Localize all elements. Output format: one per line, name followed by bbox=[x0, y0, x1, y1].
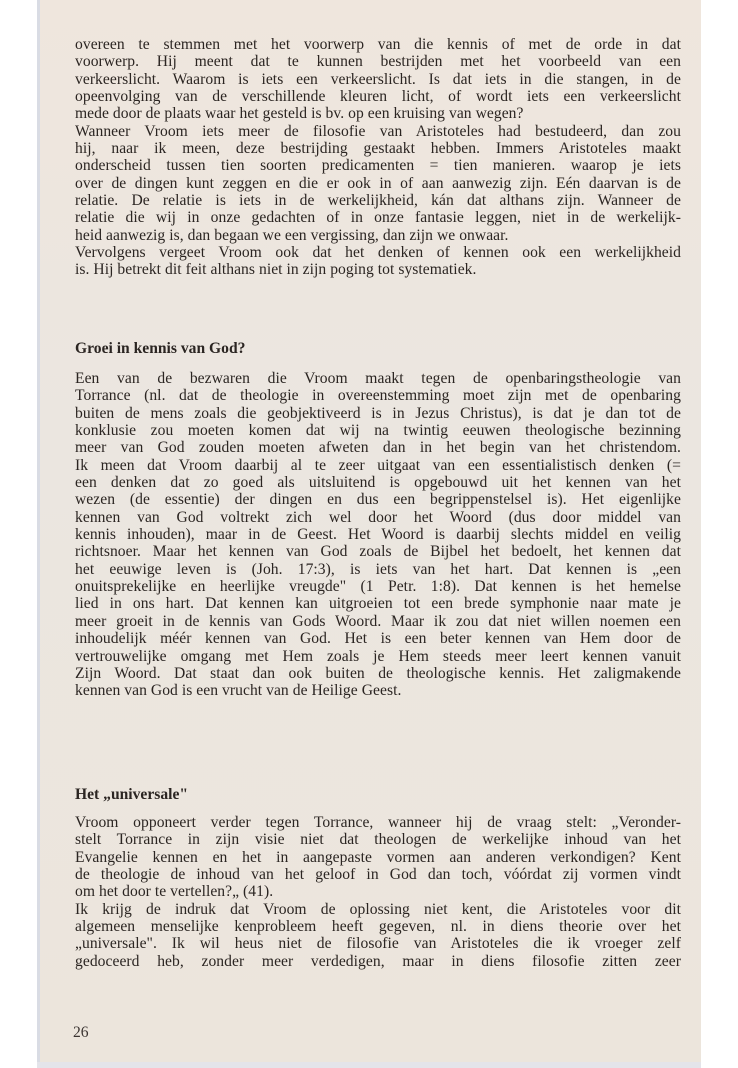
text-line: de theologie de inhoud van het geloof in… bbox=[75, 866, 681, 883]
text-line: kennen van God is een vrucht van de Heil… bbox=[75, 682, 681, 699]
text-line: verkeerslicht. Waarom is iets een verkee… bbox=[75, 71, 681, 88]
text-line: heid aanwezig is, dan begaan we een verg… bbox=[75, 227, 681, 244]
page-number: 26 bbox=[73, 1024, 89, 1042]
text-line: voorwerp. Hij meent dat te kunnen bestri… bbox=[75, 53, 681, 70]
text-line: inhoudelijk méér kennen van God. Het is … bbox=[75, 630, 681, 647]
text-line: mede door de plaats waar het gesteld is … bbox=[75, 105, 681, 122]
text-line: Wanneer Vroom iets meer de filosofie van… bbox=[75, 123, 681, 140]
text-line: Vervolgens vergeet Vroom ook dat het den… bbox=[75, 244, 681, 261]
text-line: gedoceerd heb, zonder meer verdedigen, m… bbox=[75, 953, 681, 970]
text-line: Evangelie kennen en het in aangepaste vo… bbox=[75, 849, 681, 866]
text-line: het eeuwige leven is (Joh. 17:3), is iet… bbox=[75, 561, 681, 578]
text-line: richtsnoer. Maar het kennen van God zoal… bbox=[75, 543, 681, 560]
section-heading-groei: Groei in kennis van God? bbox=[75, 340, 245, 358]
text-line: vertrouwelijke omgang met Hem zoals je H… bbox=[75, 648, 681, 665]
text-line: lied in ons hart. Dat kennen kan uitgroe… bbox=[75, 595, 681, 612]
text-line: relatie die wij in onze gedachten of in … bbox=[75, 209, 681, 226]
text-line: een denken dat zo goed als uitsluitend i… bbox=[75, 474, 681, 491]
text-line: opeenvolging van de verschillende kleure… bbox=[75, 88, 681, 105]
text-line: Ik meen dat Vroom daarbij al te zeer uit… bbox=[75, 457, 681, 474]
paragraph-block-universale: Vroom opponeert verder tegen Torrance, w… bbox=[75, 814, 681, 970]
text-line: konklusie zou moeten komen dat wij na tw… bbox=[75, 422, 681, 439]
text-line: buiten de mens zoals die geobjektiveerd … bbox=[75, 405, 681, 422]
text-line: algemeen menselijke kenprobleem heeft ge… bbox=[75, 918, 681, 935]
text-line: overeen te stemmen met het voorwerp van … bbox=[75, 36, 681, 53]
text-line: kennis inhouden), maar in de Geest. Het … bbox=[75, 526, 681, 543]
text-line: meer van God zouden moeten afweten dan i… bbox=[75, 439, 681, 456]
text-line: over de dingen kunt zeggen en die er ook… bbox=[75, 175, 681, 192]
text-line: stelt Torrance in zijn visie niet dat th… bbox=[75, 831, 681, 848]
text-line: Vroom opponeert verder tegen Torrance, w… bbox=[75, 814, 681, 831]
text-line: om het door te vertellen?„ (41). bbox=[75, 883, 681, 900]
text-line: „universale". Ik wil heus niet de filoso… bbox=[75, 935, 681, 952]
paragraph-block-groei: Een van de bezwaren die Vroom maakt tege… bbox=[75, 370, 681, 700]
text-line: onderscheid tussen tien soorten predicam… bbox=[75, 157, 681, 174]
text-line: is. Hij betrekt dit feit althans niet in… bbox=[75, 261, 681, 278]
text-line: onuitsprekelijke en heerlijke vreugde" (… bbox=[75, 578, 681, 595]
paragraph-block-intro: overeen te stemmen met het voorwerp van … bbox=[75, 36, 681, 279]
text-line: Ik krijg de indruk dat Vroom de oplossin… bbox=[75, 901, 681, 918]
text-line: wezen (de essentie) der dingen en dus ee… bbox=[75, 491, 681, 508]
section-heading-universale: Het „universale" bbox=[75, 786, 188, 804]
text-line: Torrance (nl. dat de theologie in overee… bbox=[75, 387, 681, 404]
text-line: hij, naar ik meen, deze bestrijding gest… bbox=[75, 140, 681, 157]
text-line: relatie. De relatie is iets in de werkel… bbox=[75, 192, 681, 209]
text-line: kennen van God voltrekt zich wel door he… bbox=[75, 509, 681, 526]
text-line: Zijn Woord. Dat staat dan ook buiten de … bbox=[75, 665, 681, 682]
text-line: Een van de bezwaren die Vroom maakt tege… bbox=[75, 370, 681, 387]
page-edge bbox=[37, 1062, 701, 1068]
text-line: meer groeit in de kennis van Gods Woord.… bbox=[75, 613, 681, 630]
